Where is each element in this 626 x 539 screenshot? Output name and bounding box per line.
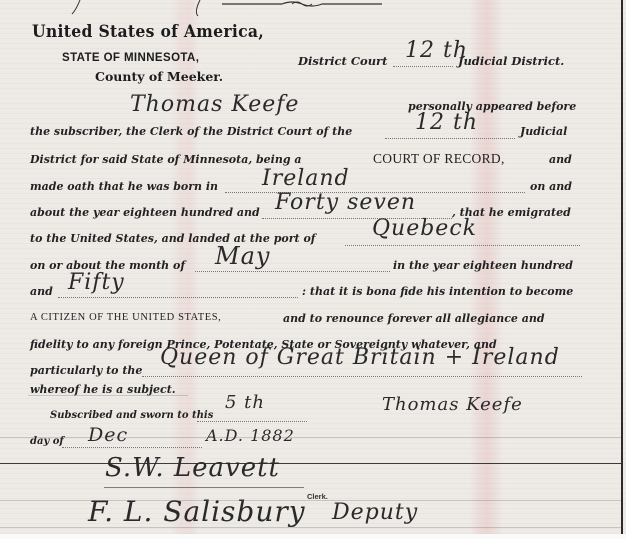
district-blank: [393, 66, 453, 67]
text-court-of-record: COURT OF RECORD,: [373, 151, 505, 167]
ornament-flourish-icon: [222, 0, 382, 8]
state-heading: STATE OF MINNESOTA,: [62, 52, 199, 64]
faint-line: [0, 500, 621, 501]
text-subscribed-sworn: Subscribed and sworn to this: [50, 410, 213, 421]
month-handwritten: May: [215, 242, 270, 270]
divider-line: [0, 463, 621, 464]
arrival-year-handwritten: Fifty: [68, 270, 125, 295]
district-number-handwritten-2: 12 th: [415, 110, 478, 135]
faint-line: [0, 527, 621, 528]
jurat-month-handwritten: Dec: [88, 424, 128, 446]
declarant-name-handwritten: Thomas Keefe: [130, 92, 299, 117]
page-border-right: [621, 0, 623, 539]
text-judicial: Judicial: [520, 125, 567, 138]
deputy-label-handwritten: Deputy: [332, 500, 418, 525]
birth-year-handwritten: Forty seven: [275, 190, 416, 215]
port-handwritten: Quebeck: [372, 216, 477, 241]
sovereign-handwritten: Queen of Great Britain + Ireland: [160, 345, 560, 370]
underline: [28, 395, 188, 396]
text-renounce-allegiance: and to renounce forever all allegiance a…: [283, 312, 545, 325]
court-label: District Court: [298, 54, 387, 68]
district-blank-2: [385, 138, 515, 139]
sovereign-blank: [142, 376, 582, 377]
scan-edge: [0, 534, 626, 539]
jurat-year-handwritten: A.D. 1882: [206, 426, 295, 445]
text-and-1: and: [549, 153, 572, 166]
text-and-2: and: [30, 285, 53, 298]
faint-line: [0, 437, 621, 438]
text-year-eighteen-hundred: in the year eighteen hundred: [393, 259, 573, 272]
text-bona-fide: : that it is bona fide his intention to …: [302, 285, 573, 298]
clerk-signature-line: [104, 487, 304, 488]
text-citizen-of-us: A CITIZEN OF THE UNITED STATES,: [30, 312, 221, 323]
birthplace-handwritten: Ireland: [262, 166, 350, 191]
county-heading: County of Meeker.: [95, 69, 223, 84]
text-made-oath: made oath that he was born in: [30, 180, 218, 193]
text-particularly: particularly to the: [30, 364, 142, 377]
month-blank: [195, 271, 390, 272]
month-jurat-blank: [62, 447, 202, 448]
text-district-minnesota: District for said State of Minnesota, be…: [30, 153, 302, 166]
text-subscriber-clerk: the subscriber, the Clerk of the Distric…: [30, 125, 352, 138]
nation-heading: United States of America,: [32, 22, 264, 42]
port-blank: [345, 245, 580, 246]
judicial-district-label: Judicial District.: [458, 54, 564, 68]
text-about-year: about the year eighteen hundred and: [30, 206, 260, 219]
clerk-signature: S.W. Leavett: [105, 453, 280, 483]
day-blank: [197, 421, 307, 422]
arrival-year-blank: [58, 297, 298, 298]
handwritten-stroke-top: [60, 0, 210, 18]
text-landed-port: to the United States, and landed at the …: [30, 232, 316, 245]
day-handwritten: 5 th: [225, 392, 265, 413]
text-on-and: on and: [530, 180, 572, 193]
declarant-signature: Thomas Keefe: [382, 394, 523, 415]
